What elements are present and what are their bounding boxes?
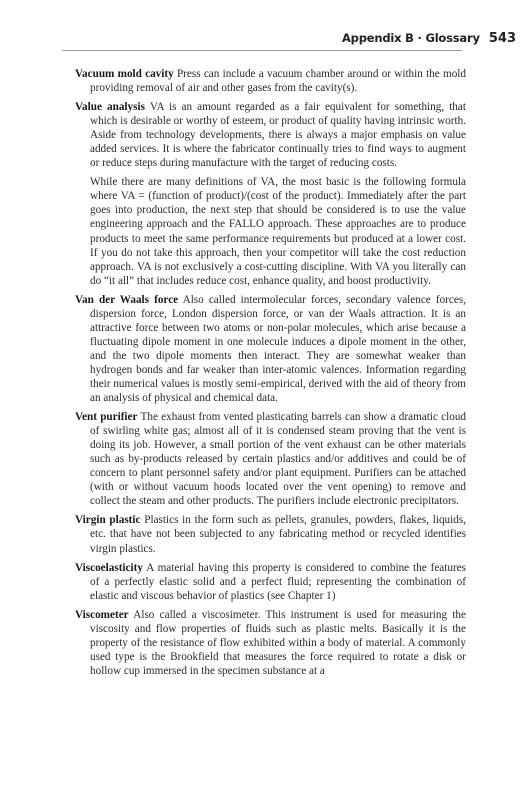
entry-term: Vent purifier — [75, 411, 137, 423]
entry-term: Vacuum mold cavity — [75, 68, 174, 80]
glossary-entry-virgin-plastic: Virgin plastic Plastics in the form such… — [75, 513, 466, 555]
entry-definition: VA is an amount regarded as a fair equiv… — [90, 101, 466, 169]
glossary-entry-viscoelasticity: Viscoelasticity A material having this p… — [75, 561, 466, 603]
entry-term: Value analysis — [75, 101, 145, 113]
entry-term: Van der Waals force — [75, 294, 178, 306]
glossary-entry-viscometer: Viscometer Also called a viscosimeter. T… — [75, 608, 466, 678]
entry-definition: Plastics in the form such as pellets, gr… — [90, 514, 466, 554]
entry-term: Viscoelasticity — [75, 562, 143, 574]
glossary-entry-van-der-waals-force: Van der Waals force Also called intermol… — [75, 293, 466, 405]
entry-continuation-paragraph: While there are many definitions of VA, … — [75, 175, 466, 287]
entry-definition: The exhaust from vented plasticating bar… — [90, 411, 466, 507]
entry-definition: Also called a viscosimeter. This instrum… — [90, 609, 466, 677]
entry-definition: Also called intermolecular forces, secon… — [90, 294, 466, 404]
glossary-body: Vacuum mold cavity Press can include a v… — [75, 67, 466, 683]
header-rule — [62, 50, 462, 51]
entry-term: Virgin plastic — [75, 514, 141, 526]
entry-term: Viscometer — [75, 609, 129, 621]
glossary-entry-vacuum-mold-cavity: Vacuum mold cavity Press can include a v… — [75, 67, 466, 95]
page-number: 543 — [489, 31, 516, 46]
header-title: Appendix B · Glossary — [342, 31, 480, 45]
running-header: Appendix B · Glossary 543 — [0, 27, 516, 47]
glossary-entry-vent-purifier: Vent purifier The exhaust from vented pl… — [75, 410, 466, 508]
glossary-entry-value-analysis: Value analysis VA is an amount regarded … — [75, 100, 466, 170]
entry-definition: A material having this property is consi… — [90, 562, 466, 602]
